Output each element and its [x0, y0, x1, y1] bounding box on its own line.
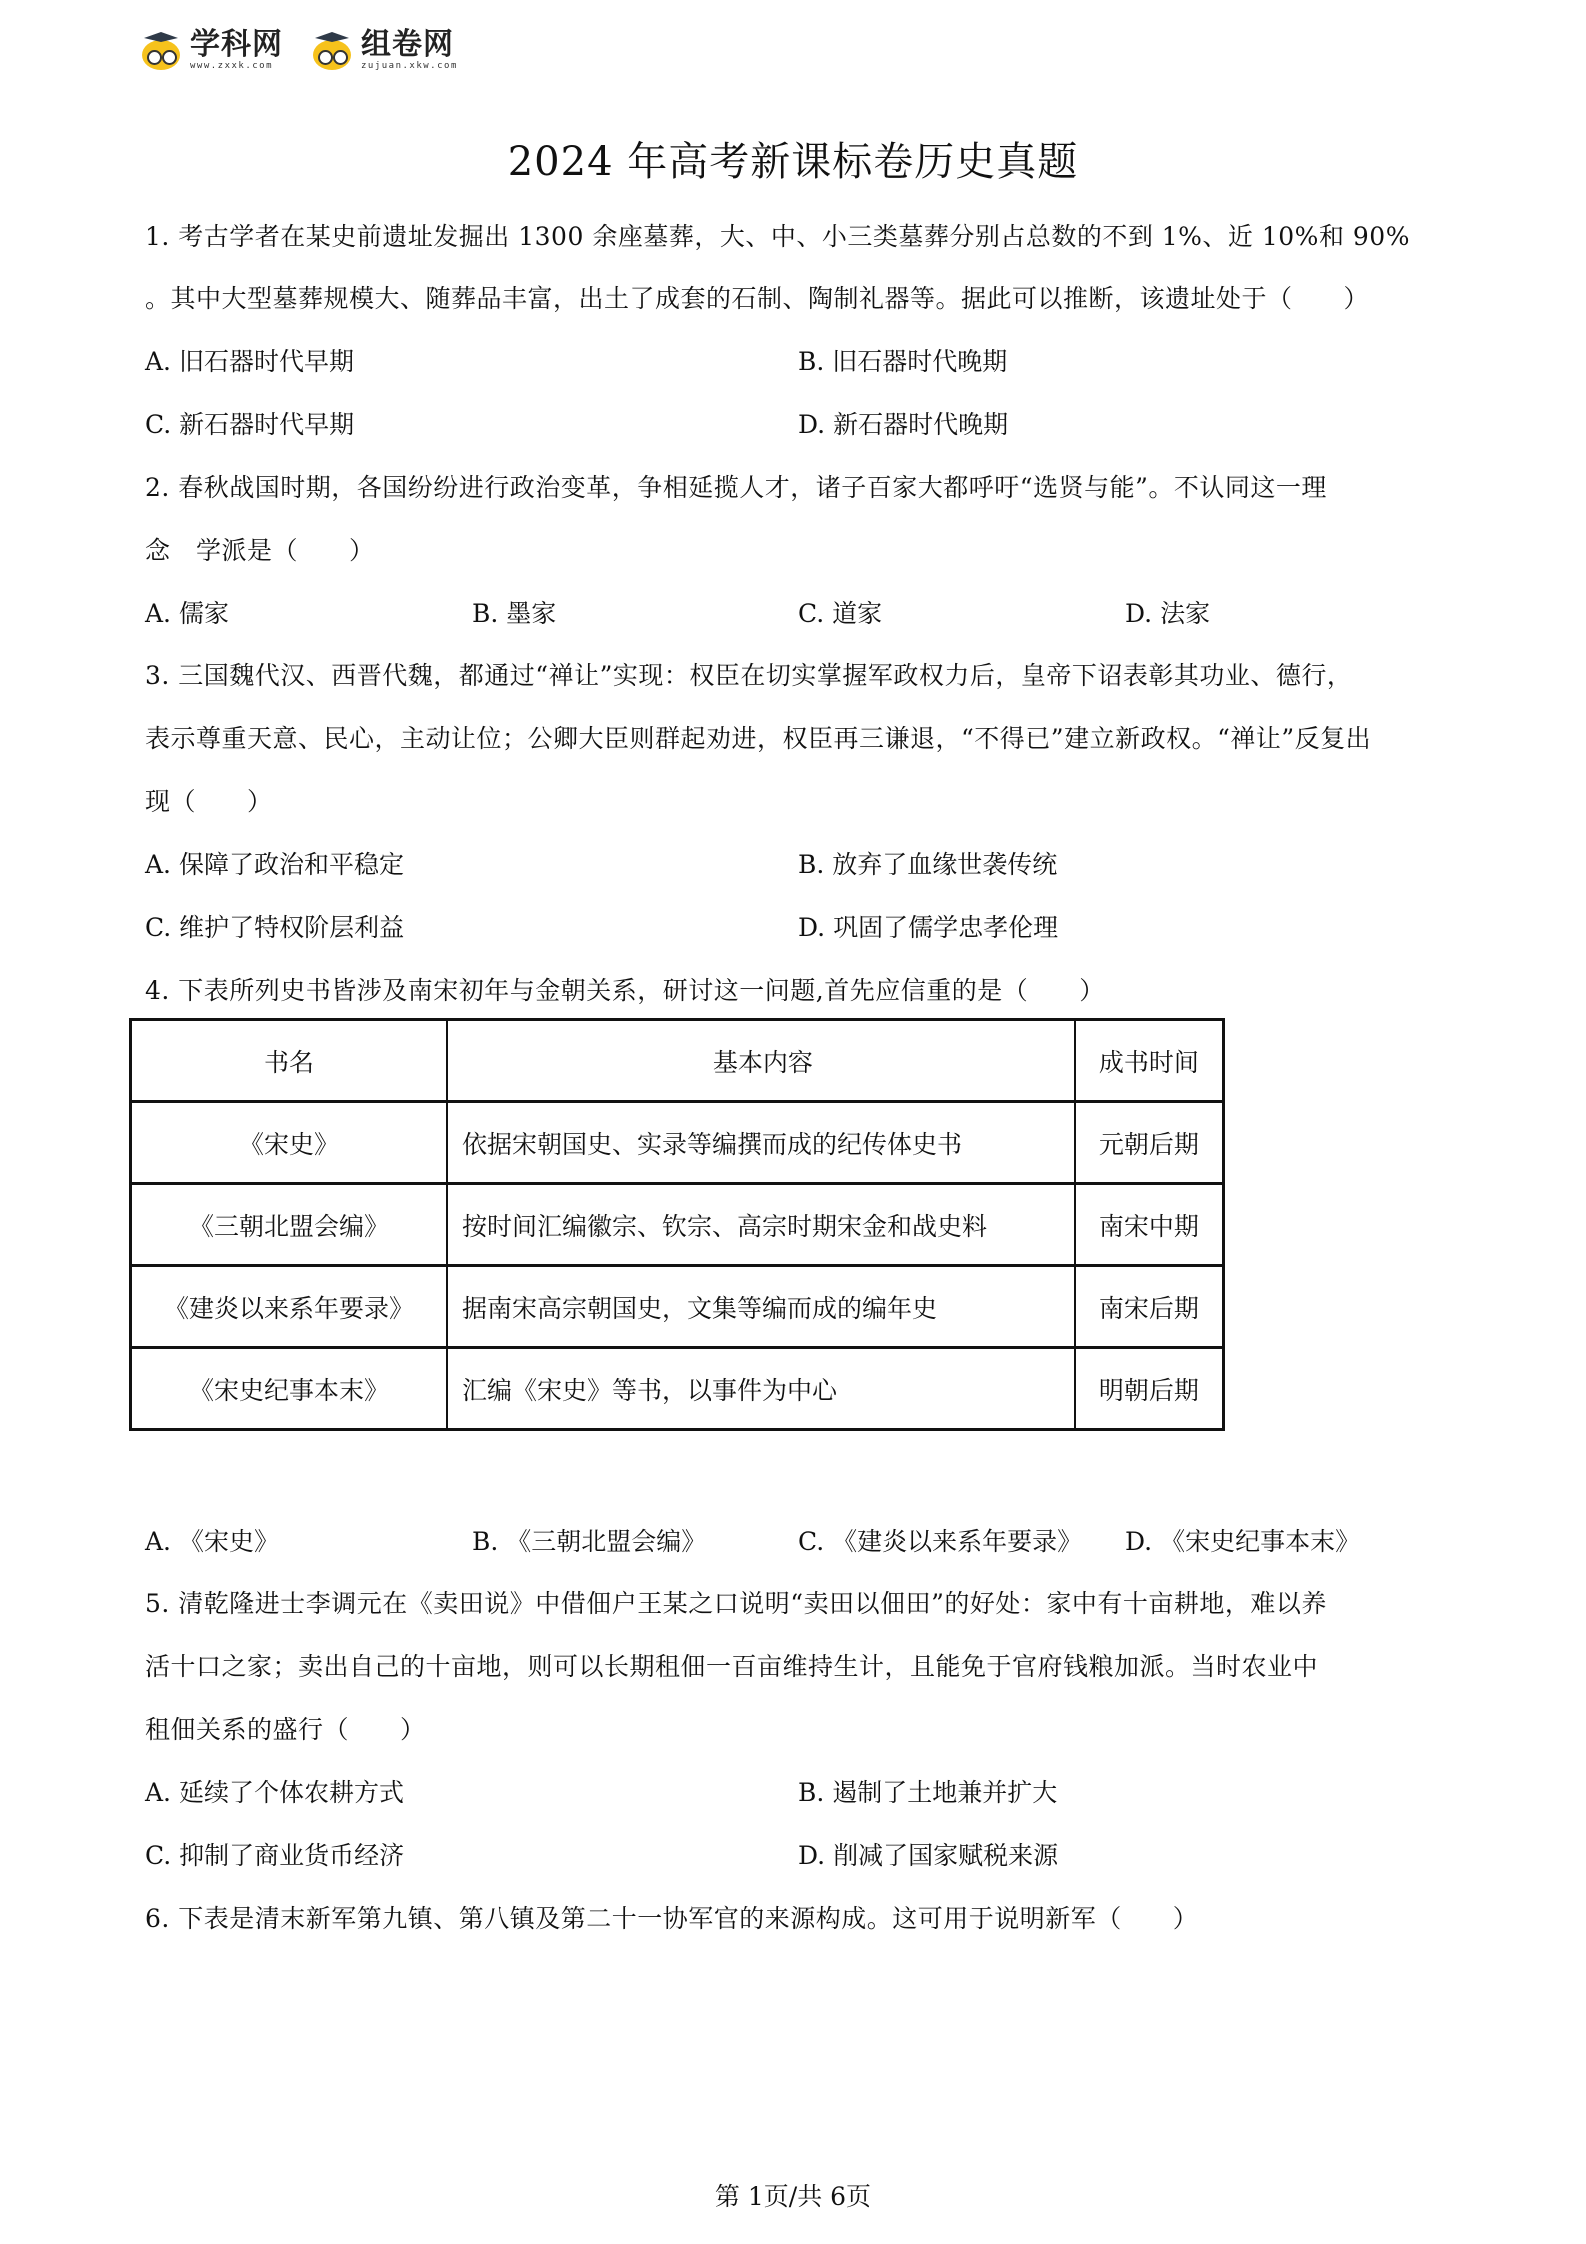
table-header-row: 书名 基本内容 成书时间 [131, 1020, 1224, 1102]
logo-url: www.zxxk.com [190, 62, 283, 71]
question-5-option-a: A. 延续了个体农耕方式 [145, 1776, 404, 1810]
table-cell-time: 南宋后期 [1075, 1266, 1224, 1348]
logo-url: zujuan.xkw.com [361, 62, 458, 71]
question-1-option-d: D. 新石器时代晚期 [798, 408, 1008, 442]
document-title: 2024 年高考新课标卷历史真题 [0, 136, 1586, 188]
table-cell-time: 元朝后期 [1075, 1102, 1224, 1184]
question-3-option-d: D. 巩固了儒学忠孝伦理 [798, 911, 1058, 945]
logo-name: 组卷网 [361, 30, 458, 60]
table-header-cell: 成书时间 [1075, 1020, 1224, 1102]
header-logos: 学科网 www.zxxk.com 组卷网 zujuan.xkw.com [140, 20, 458, 80]
question-3-option-a: A. 保障了政治和平稳定 [145, 848, 404, 882]
table-cell-content: 依据宋朝国史、实录等编撰而成的纪传体史书 [447, 1102, 1075, 1184]
table-cell-content: 汇编《宋史》等书，以事件为中心 [447, 1348, 1075, 1430]
table-cell-content: 据南宋高宗朝国史，文集等编而成的编年史 [447, 1266, 1075, 1348]
table-header-cell: 书名 [131, 1020, 448, 1102]
logo-xuekewang: 学科网 www.zxxk.com [140, 28, 283, 72]
question-1-option-b: B. 旧石器时代晚期 [798, 345, 1007, 379]
question-4-option-d: D. 《宋史纪事本末》 [1125, 1525, 1360, 1559]
table-row: 《宋史》 依据宋朝国史、实录等编撰而成的纪传体史书 元朝后期 [131, 1102, 1224, 1184]
question-2-option-c: C. 道家 [798, 597, 882, 631]
table-cell-book: 《三朝北盟会编》 [131, 1184, 448, 1266]
logo-zujuanwang: 组卷网 zujuan.xkw.com [311, 28, 458, 72]
table-row: 《建炎以来系年要录》 据南宋高宗朝国史，文集等编而成的编年史 南宋后期 [131, 1266, 1224, 1348]
question-5-line-1: 5. 清乾隆进士李调元在《卖田说》中借佃户王某之口说明“卖田以佃田”的好处：家中… [145, 1587, 1327, 1621]
question-3-option-b: B. 放弃了血缘世袭传统 [798, 848, 1057, 882]
table-header-cell: 基本内容 [447, 1020, 1075, 1102]
history-books-table: 书名 基本内容 成书时间 《宋史》 依据宋朝国史、实录等编撰而成的纪传体史书 元… [129, 1018, 1225, 1431]
question-2-option-d: D. 法家 [1125, 597, 1210, 631]
question-1-line-1: 1. 考古学者在某史前遗址发掘出 1300 余座墓葬，大、中、小三类墓葬分别占总… [145, 220, 1410, 254]
question-5-option-d: D. 削减了国家赋税来源 [798, 1839, 1058, 1873]
question-1-line-2: 。其中大型墓葬规模大、随葬品丰富，出土了成套的石制、陶制礼器等。据此可以推断，该… [145, 282, 1369, 316]
table-cell-book: 《宋史》 [131, 1102, 448, 1184]
question-1-option-c: C. 新石器时代早期 [145, 408, 354, 442]
logo-name: 学科网 [190, 30, 283, 60]
mascot-icon [311, 28, 355, 72]
question-5-option-c: C. 抑制了商业货币经济 [145, 1839, 404, 1873]
table-cell-time: 明朝后期 [1075, 1348, 1224, 1430]
table-cell-time: 南宋中期 [1075, 1184, 1224, 1266]
table-cell-content: 按时间汇编徽宗、钦宗、高宗时期宋金和战史料 [447, 1184, 1075, 1266]
table-cell-book: 《建炎以来系年要录》 [131, 1266, 448, 1348]
question-4-option-a: A. 《宋史》 [145, 1525, 279, 1559]
question-5-option-b: B. 遏制了土地兼并扩大 [798, 1776, 1057, 1810]
question-2-option-a: A. 儒家 [145, 597, 229, 631]
question-2-line-2: 念 学派是（ ） [145, 534, 375, 568]
question-1-option-a: A. 旧石器时代早期 [145, 345, 354, 379]
question-2-line-1: 2. 春秋战国时期，各国纷纷进行政治变革，争相延揽人才，诸子百家大都呼吁“选贤与… [145, 471, 1327, 505]
question-4-line-1: 4. 下表所列史书皆涉及南宋初年与金朝关系，研讨这一问题,首先应信重的是（ ） [145, 974, 1105, 1008]
question-6-line-1: 6. 下表是清末新军第九镇、第八镇及第二十一协军官的来源构成。这可用于说明新军（… [145, 1902, 1198, 1936]
question-3-line-3: 现（ ） [145, 785, 273, 819]
table-cell-book: 《宋史纪事本末》 [131, 1348, 448, 1430]
table-row: 《三朝北盟会编》 按时间汇编徽宗、钦宗、高宗时期宋金和战史料 南宋中期 [131, 1184, 1224, 1266]
table-row: 《宋史纪事本末》 汇编《宋史》等书，以事件为中心 明朝后期 [131, 1348, 1224, 1430]
page-indicator: 第 1页/共 6页 [0, 2180, 1586, 2214]
mascot-icon [140, 28, 184, 72]
question-5-line-3: 租佃关系的盛行（ ） [145, 1713, 426, 1747]
question-4-option-b: B. 《三朝北盟会编》 [472, 1525, 706, 1559]
question-3-line-2: 表示尊重天意、民心，主动让位；公卿大臣则群起劝进，权臣再三谦退，“不得已”建立新… [145, 722, 1371, 756]
question-4-option-c: C. 《建炎以来系年要录》 [798, 1525, 1082, 1559]
question-5-line-2: 活十口之家；卖出自己的十亩地，则可以长期租佃一百亩维持生计，且能免于官府钱粮加派… [145, 1650, 1318, 1684]
question-2-option-b: B. 墨家 [472, 597, 556, 631]
question-3-line-1: 3. 三国魏代汉、西晋代魏，都通过“禅让”实现：权臣在切实掌握军政权力后，皇帝下… [145, 659, 1352, 693]
question-3-option-c: C. 维护了特权阶层利益 [145, 911, 404, 945]
